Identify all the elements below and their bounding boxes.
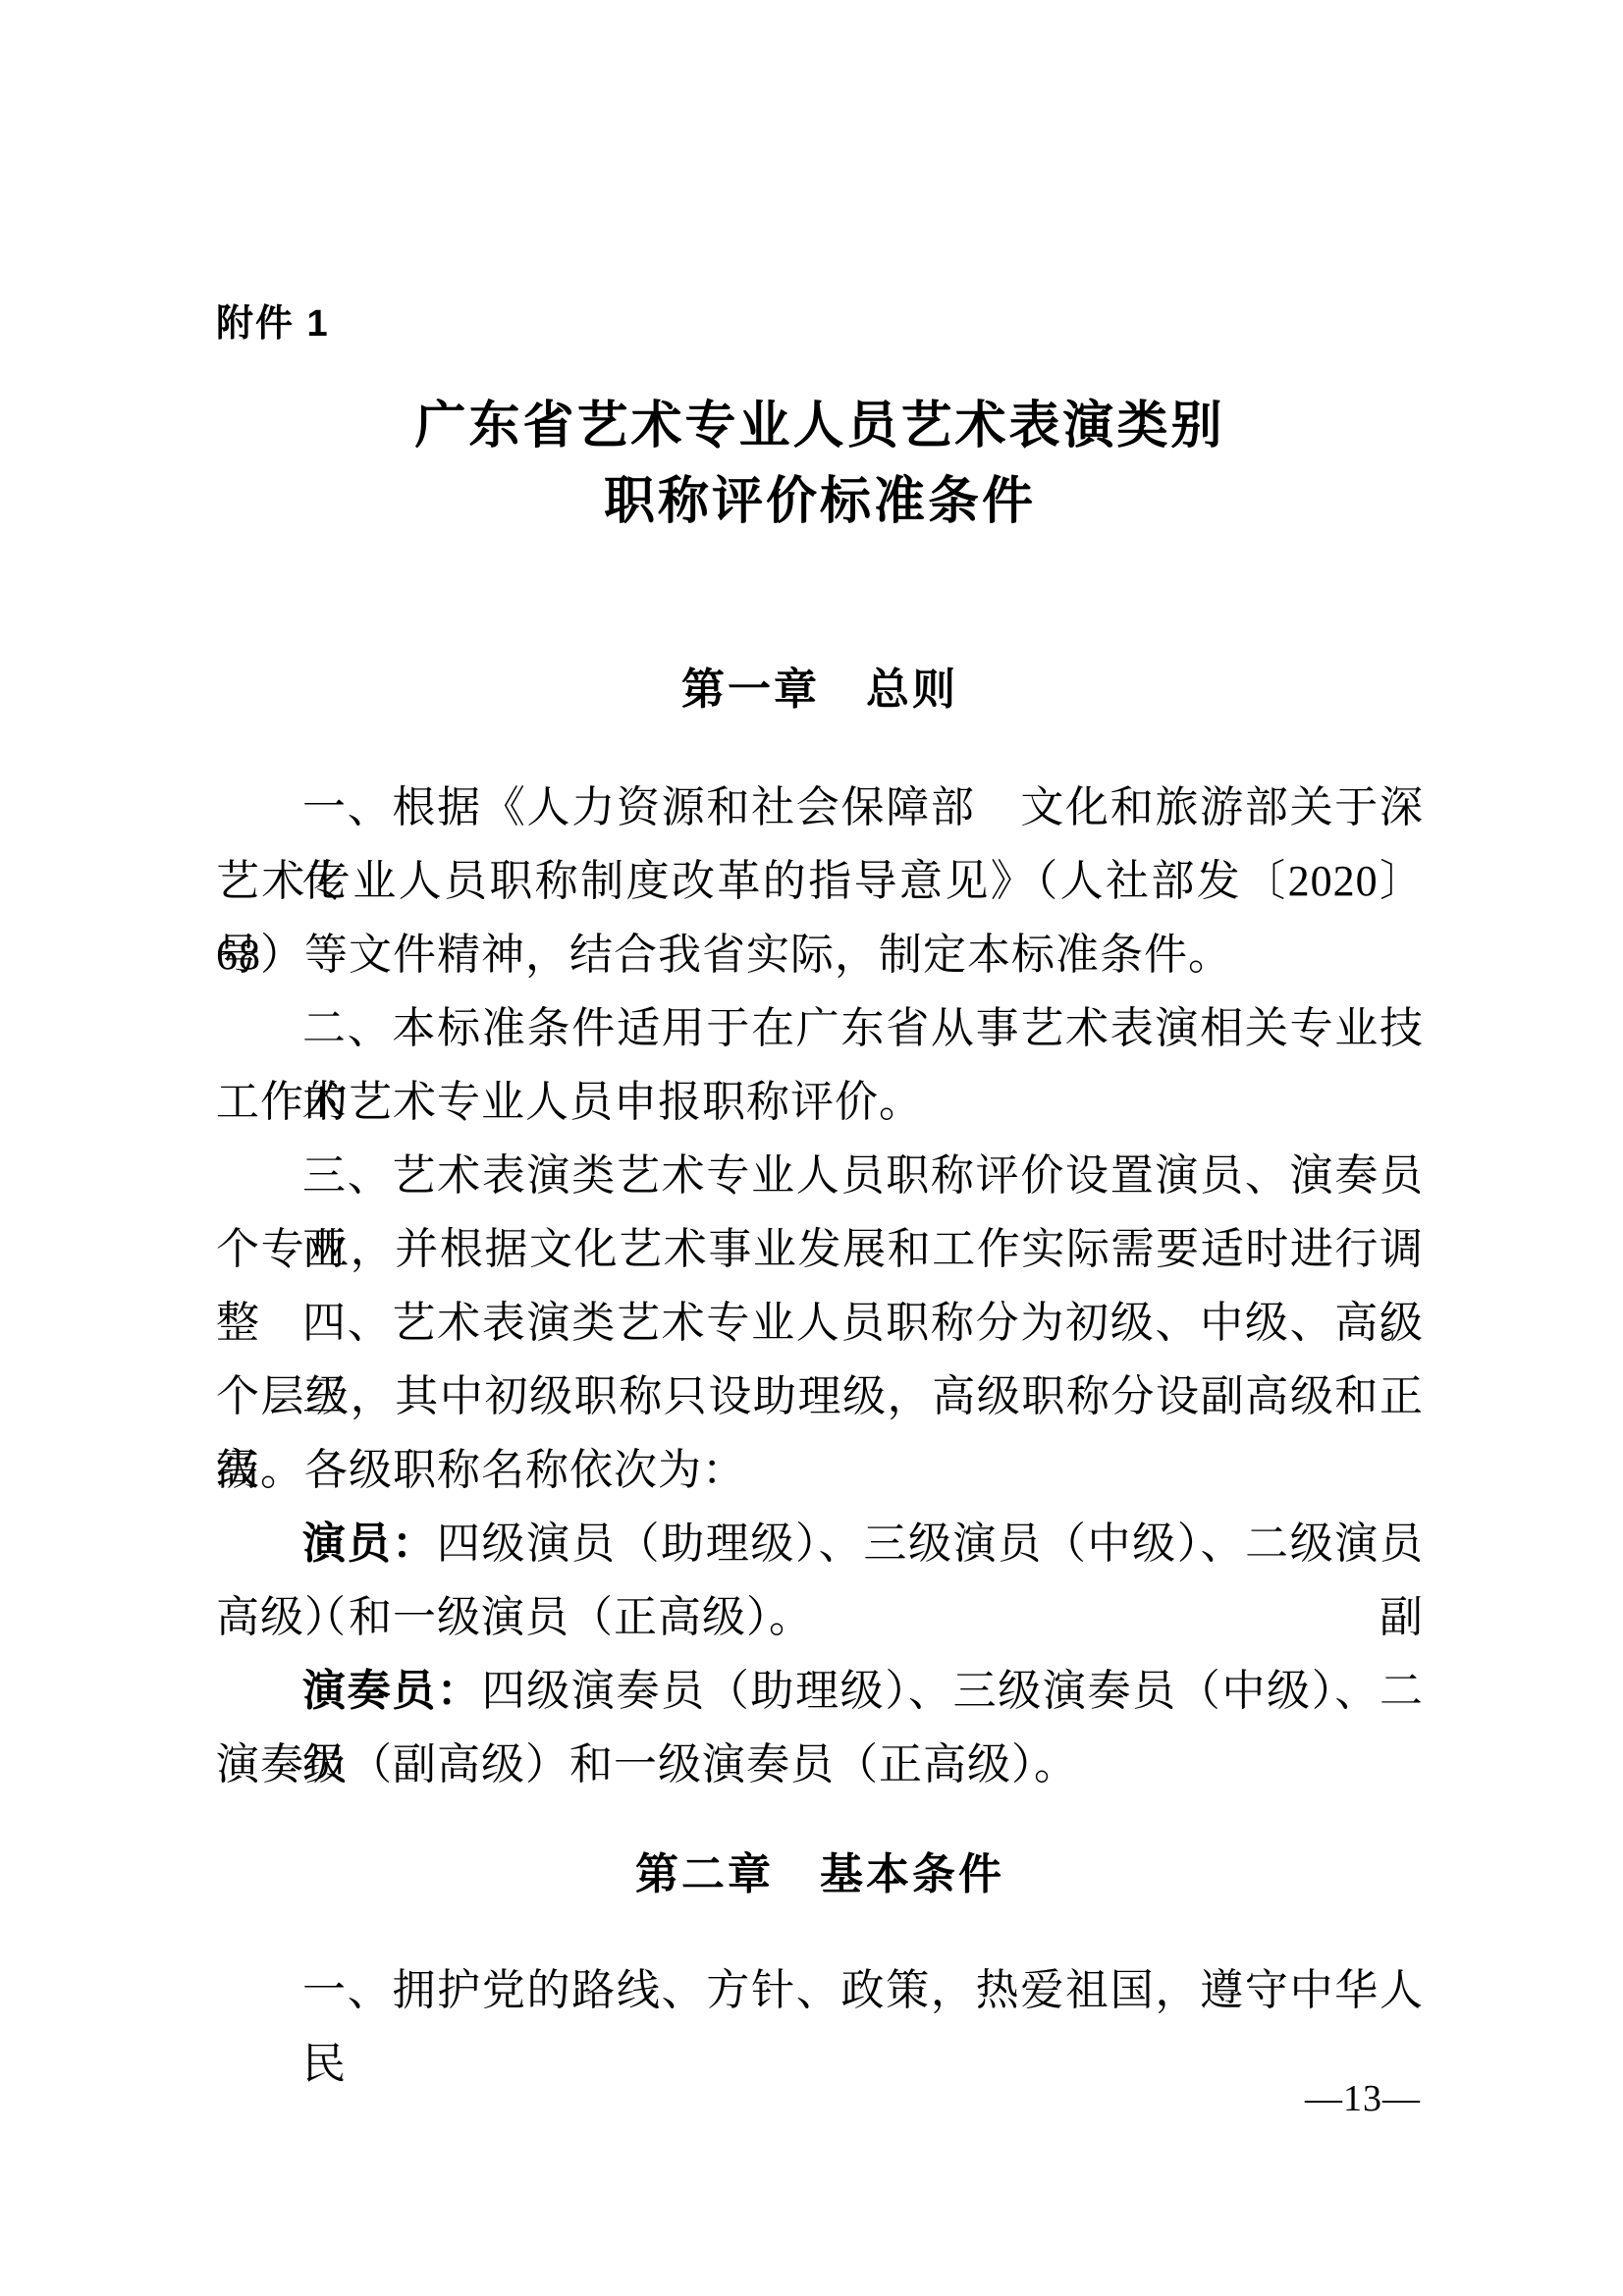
line-text: 一、拥护党的路线、方针、政策，热爱祖国，遵守中华人民 bbox=[302, 1966, 1424, 2088]
line-text: 演奏员（副高级）和一级演奏员（正高级）。 bbox=[216, 1740, 1078, 1789]
body-line: 个层级，其中初级职称只设助理级，高级职称分设副高级和正高 bbox=[216, 1360, 1424, 1433]
body-line: 号）等文件精神，结合我省实际，制定本标准条件。 bbox=[216, 918, 1424, 991]
body-line: 工作的艺术专业人员申报职称评价。 bbox=[216, 1065, 1424, 1139]
body-line: 演员：四级演员（助理级）、三级演员（中级）、二级演员（副 bbox=[216, 1507, 1424, 1580]
document-page: 附件 1 广东省艺术专业人员艺术表演类别 职称评价标准条件 第一章 总则 一、根… bbox=[0, 0, 1623, 2296]
body-line: 级。各级职称名称依次为： bbox=[216, 1433, 1424, 1507]
document-title-line2: 职称评价标准条件 bbox=[216, 464, 1424, 540]
chapter2-body: 一、拥护党的路线、方针、政策，热爱祖国，遵守中华人民 bbox=[216, 1953, 1424, 2027]
body-line: 二、本标准条件适用于在广东省从事艺术表演相关专业技术 bbox=[216, 991, 1424, 1065]
body-line: 四、艺术表演类艺术专业人员职称分为初级、中级、高级三 bbox=[216, 1286, 1424, 1360]
body-line: 一、根据《人力资源和社会保障部 文化和旅游部关于深化 bbox=[216, 771, 1424, 844]
body-line: 个专业，并根据文化艺术事业发展和工作实际需要适时进行调整。 bbox=[216, 1212, 1424, 1286]
line-text: 工作的艺术专业人员申报职称评价。 bbox=[216, 1078, 923, 1126]
line-text: 高级）和一级演员（正高级）。 bbox=[216, 1593, 813, 1641]
body-line: 艺术专业人员职称制度改革的指导意见》（人社部发〔2020〕68 bbox=[216, 844, 1424, 918]
chapter1-heading: 第一章 总则 bbox=[216, 668, 1424, 712]
body-line: 演奏员：四级演奏员（助理级）、三级演奏员（中级）、二级 bbox=[216, 1654, 1424, 1728]
document-title-line1: 广东省艺术专业人员艺术表演类别 bbox=[216, 389, 1424, 464]
bold-term: 演员： bbox=[302, 1520, 437, 1568]
line-text: 号）等文件精神，结合我省实际，制定本标准条件。 bbox=[216, 931, 1232, 979]
attachment-label: 附件 1 bbox=[216, 305, 330, 343]
body-line: 一、拥护党的路线、方针、政策，热爱祖国，遵守中华人民 bbox=[216, 1953, 1424, 2027]
page-number: —13— bbox=[1305, 2080, 1421, 2117]
bold-term: 演奏员： bbox=[302, 1667, 482, 1715]
document-title: 广东省艺术专业人员艺术表演类别 职称评价标准条件 bbox=[216, 389, 1424, 540]
body-line: 演奏员（副高级）和一级演奏员（正高级）。 bbox=[216, 1728, 1424, 1801]
chapter1-body: 一、根据《人力资源和社会保障部 文化和旅游部关于深化 艺术专业人员职称制度改革的… bbox=[216, 771, 1424, 1801]
chapter2-heading: 第二章 基本条件 bbox=[216, 1853, 1424, 1896]
body-line: 三、艺术表演类艺术专业人员职称评价设置演员、演奏员两 bbox=[216, 1139, 1424, 1212]
line-text: 级。各级职称名称依次为： bbox=[216, 1446, 746, 1494]
